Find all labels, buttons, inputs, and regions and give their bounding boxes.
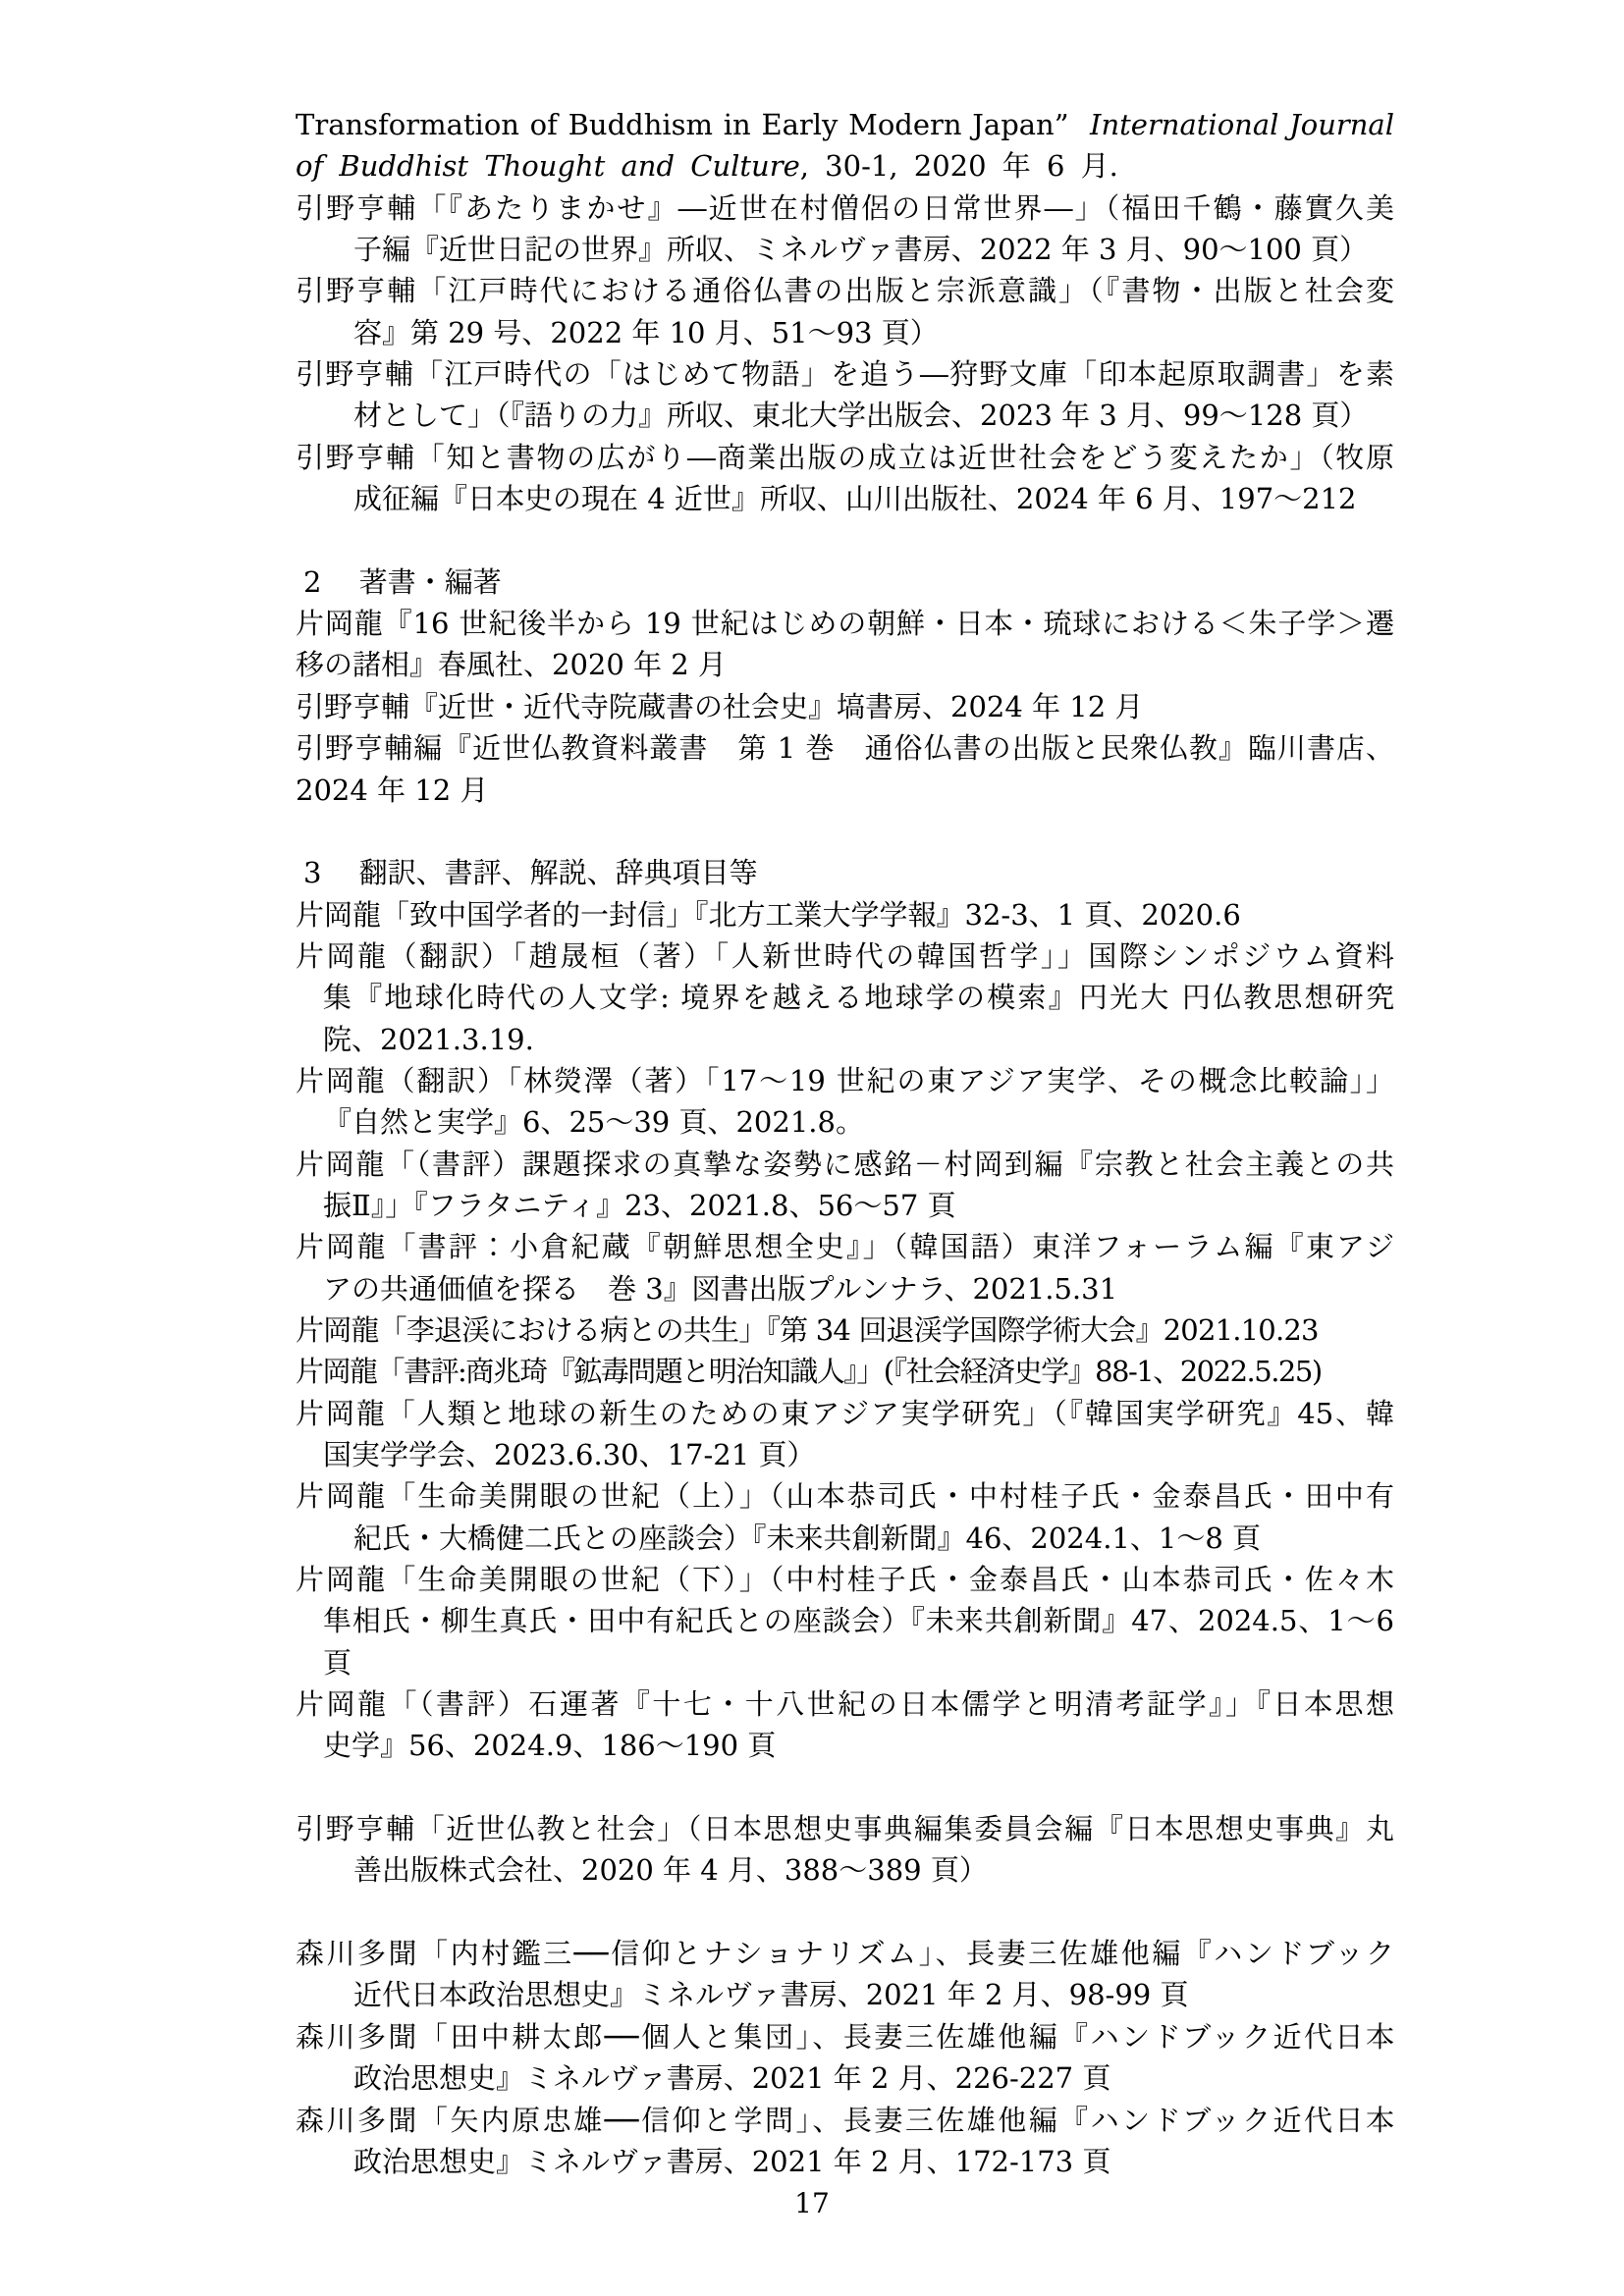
bib-line: 森川多聞「内村鑑三──信仰とナショナリズム」、長妻三佐雄他編『ハンドブック — [296, 1933, 1394, 1974]
bib-line: 片岡龍「致中国学者的一封信」『北方工業大学学報』32-3、1 頁、2020.6 — [296, 894, 1394, 935]
text-run: 片岡龍「生命美開眼の世紀（上）」（山本恭司氏・中村桂子氏・金泰昌氏・田中有 — [296, 1479, 1394, 1513]
bib-line: 引野亨輔「『あたりまかせ』―近世在村僧侶の日常世界―」（福田千鶴・藤實久美 — [296, 187, 1394, 229]
blank-line — [296, 811, 1394, 852]
text-run: 片岡龍「書評:商兆琦『鉱毒問題と明治知識人』」(『社会経済史学』88-1、202… — [296, 1355, 1322, 1388]
bib-line: 片岡龍「生命美開眼の世紀（下）」（中村桂子氏・金泰昌氏・山本恭司氏・佐々木 — [296, 1559, 1394, 1600]
text-run: 引野亨輔『近世・近代寺院蔵書の社会史』塙書房、2024 年 12 月 — [296, 690, 1143, 723]
text-run: 片岡龍「人類と地球の新生のための東アジア実学研究」（『韓国実学研究』45、韓 — [296, 1397, 1394, 1430]
bib-line: 容』第 29 号、2022 年 10 月、51～93 頁） — [296, 312, 1394, 353]
text-run: 史学』56、2024.9、186～190 頁 — [323, 1729, 776, 1762]
text-run: 容』第 29 号、2022 年 10 月、51～93 頁） — [353, 316, 939, 349]
bib-line: 院、2021.3.19. — [296, 1019, 1394, 1060]
text-run: 振Ⅱ』」『フラタニティ』23、2021.8、56～57 頁 — [323, 1189, 956, 1222]
bib-line: 政治思想史』ミネルヴァ書房、2021 年 2 月、226-227 頁 — [296, 2057, 1394, 2099]
document-page: Transformation of Buddhism in Early Mode… — [0, 0, 1624, 2296]
text-run: 国実学学会、2023.6.30、17-21 頁） — [323, 1438, 815, 1471]
text-run: , 30-1, 2020 年 6 月. — [800, 149, 1118, 183]
bib-line: 移の諸相』春風社、2020 年 2 月 — [296, 644, 1394, 685]
bib-line: 集『地球化時代の人文学: 境界を越える地球学の模索』円光大 円仏教思想研究 — [296, 977, 1394, 1018]
text-run: 引野亨輔「近世仏教と社会」（日本思想史事典編集委員会編『日本思想史事典』丸 — [296, 1812, 1394, 1845]
bib-line: 片岡龍「李退渓における病との共生」『第 34 回退渓学国際学術大会』2021.1… — [296, 1309, 1394, 1351]
text-run: 引野亨輔「江戸時代における通俗仏書の出版と宗派意識」（『書物・出版と社会変 — [296, 274, 1394, 307]
text-run: 片岡龍「致中国学者的一封信」『北方工業大学学報』32-3、1 頁、2020.6 — [296, 898, 1241, 932]
blank-line — [296, 1767, 1394, 1808]
bib-line: 振Ⅱ』」『フラタニティ』23、2021.8、56～57 頁 — [296, 1185, 1394, 1226]
text-run: 片岡龍（翻訳）「趙晟桓（著）「人新世時代の韓国哲学」」国際シンポジウム資料 — [296, 939, 1394, 973]
bib-line: 森川多聞「矢内原忠雄──信仰と学問」、長妻三佐雄他編『ハンドブック近代日本 — [296, 2100, 1394, 2141]
text-run: 片岡龍『16 世紀後半から 19 世紀はじめの朝鮮・日本・琉球における＜朱子学＞… — [296, 607, 1394, 640]
text-run: 成征編『日本史の現在 4 近世』所収、山川出版社、2024 年 6 月、197～… — [353, 482, 1357, 519]
text-run: 『自然と実学』6、25～39 頁、2021.8。 — [323, 1105, 864, 1139]
text-run: 集『地球化時代の人文学: 境界を越える地球学の模索』円光大 円仏教思想研究 — [323, 981, 1394, 1014]
text-run: 院、2021.3.19. — [323, 1023, 534, 1056]
bib-line: 『自然と実学』6、25～39 頁、2021.8。 — [296, 1101, 1394, 1143]
text-run: 紀氏・大橋健二氏との座談会）『未来共創新聞』46、2024.1、1～8 頁 — [353, 1522, 1261, 1555]
bib-line: 片岡龍「（書評）課題探求の真摯な姿勢に感銘－村岡到編『宗教と社会主義との共 — [296, 1144, 1394, 1185]
text-run: 引野亨輔編『近世仏教資料叢書 第 1 巻 通俗仏書の出版と民衆仏教』臨川書店、 — [296, 731, 1394, 765]
text-run: 森川多聞「田中耕太郎──個人と集団」、長妻三佐雄他編『ハンドブック近代日本 — [296, 2020, 1394, 2054]
blank-line — [296, 1892, 1394, 1933]
bib-line: 片岡龍「人類と地球の新生のための東アジア実学研究」（『韓国実学研究』45、韓 — [296, 1393, 1394, 1434]
text-run: 隼相氏・柳生真氏・田中有紀氏との座談会）『未来共創新聞』47、2024.5、1～… — [323, 1604, 1394, 1637]
bib-line: アの共通価値を探る 巻 3』図書出版プルンナラ、2021.5.31 — [296, 1268, 1394, 1309]
italic-journal-title: of Buddhist Thought and Culture — [296, 149, 800, 183]
bib-line: 子編『近世日記の世界』所収、ミネルヴァ書房、2022 年 3 月、90～100 … — [296, 229, 1394, 270]
bib-line: 片岡龍「書評：小倉紀蔵『朝鮮思想全史』」（韓国語）東洋フォーラム編『東アジ — [296, 1226, 1394, 1267]
text-run: 片岡龍「生命美開眼の世紀（下）」（中村桂子氏・金泰昌氏・山本恭司氏・佐々木 — [296, 1563, 1394, 1596]
bib-line: 政治思想史』ミネルヴァ書房、2021 年 2 月、172-173 頁 — [296, 2141, 1394, 2182]
text-run: 材として」（『語りの力』所収、東北大学出版会、2023 年 3 月、99～128… — [353, 399, 1368, 432]
text-run: 引野亨輔「知と書物の広がり―商業出版の成立は近世社会をどう変えたか」（牧原 — [296, 441, 1394, 474]
bib-line: 国実学学会、2023.6.30、17-21 頁） — [296, 1434, 1394, 1475]
bib-line: 片岡龍（翻訳）「趙晟桓（著）「人新世時代の韓国哲学」」国際シンポジウム資料 — [296, 935, 1394, 977]
bib-line: 2024 年 12 月 — [296, 770, 1394, 811]
text-run: 善出版株式会社、2020 年 4 月、388～389 頁） — [353, 1853, 988, 1887]
text-run: 森川多聞「内村鑑三──信仰とナショナリズム」、長妻三佐雄他編『ハンドブック — [296, 1937, 1394, 1970]
bib-line: 引野亨輔「江戸時代における通俗仏書の出版と宗派意識」（『書物・出版と社会変 — [296, 270, 1394, 311]
text-run: 片岡龍「（書評）石運著『十七・十八世紀の日本儒学と明清考証学』」『日本思想 — [296, 1687, 1394, 1721]
bib-line: 引野亨輔「近世仏教と社会」（日本思想史事典編集委員会編『日本思想史事典』丸 — [296, 1808, 1394, 1849]
text-run: 近代日本政治思想史』ミネルヴァ書房、2021 年 2 月、98-99 頁 — [353, 1978, 1188, 2011]
text-run: 森川多聞「矢内原忠雄──信仰と学問」、長妻三佐雄他編『ハンドブック近代日本 — [296, 2104, 1394, 2137]
text-run: 政治思想史』ミネルヴァ書房、2021 年 2 月、226-227 頁 — [353, 2061, 1110, 2095]
bib-line: 史学』56、2024.9、186～190 頁 — [296, 1725, 1394, 1766]
bib-line: 材として」（『語りの力』所収、東北大学出版会、2023 年 3 月、99～128… — [296, 395, 1394, 436]
text-run: 片岡龍「李退渓における病との共生」『第 34 回退渓学国際学術大会』2021.1… — [296, 1313, 1319, 1347]
bib-line: 片岡龍「書評:商兆琦『鉱毒問題と明治知識人』」(『社会経済史学』88-1、202… — [296, 1351, 1394, 1392]
bib-line: 頁 — [296, 1642, 1394, 1683]
text-run: 3 翻訳、書評、解説、辞典項目等 — [303, 856, 758, 889]
bib-line: 近代日本政治思想史』ミネルヴァ書房、2021 年 2 月、98-99 頁 — [296, 1974, 1394, 2015]
section-heading: 3 翻訳、書評、解説、辞典項目等 — [296, 852, 1394, 893]
bib-line: 成征編『日本史の現在 4 近世』所収、山川出版社、2024 年 6 月、197～… — [296, 478, 1394, 519]
bib-line: 善出版株式会社、2020 年 4 月、388～389 頁） — [296, 1849, 1394, 1891]
bib-line: 引野亨輔「知と書物の広がり―商業出版の成立は近世社会をどう変えたか」（牧原 — [296, 437, 1394, 478]
bib-line: 片岡龍『16 世紀後半から 19 世紀はじめの朝鮮・日本・琉球における＜朱子学＞… — [296, 603, 1394, 644]
bib-line: 引野亨輔「江戸時代の「はじめて物語」を追う―狩野文庫「印本起原取調書」を素 — [296, 353, 1394, 395]
bib-line: 片岡龍（翻訳）「林熒澤（著）「17～19 世紀の東アジア実学、その概念比較論」」 — [296, 1060, 1394, 1101]
bib-line: 引野亨輔編『近世仏教資料叢書 第 1 巻 通俗仏書の出版と民衆仏教』臨川書店、 — [296, 727, 1394, 769]
text-run: 2024 年 12 月 — [296, 774, 488, 807]
text-run: 片岡龍「書評：小倉紀蔵『朝鮮思想全史』」（韓国語）東洋フォーラム編『東アジ — [296, 1230, 1394, 1263]
bib-line: 片岡龍「生命美開眼の世紀（上）」（山本恭司氏・中村桂子氏・金泰昌氏・田中有 — [296, 1475, 1394, 1517]
bib-line: 隼相氏・柳生真氏・田中有紀氏との座談会）『未来共創新聞』47、2024.5、1～… — [296, 1600, 1394, 1641]
text-run: 片岡龍「（書評）課題探求の真摯な姿勢に感銘－村岡到編『宗教と社会主義との共 — [296, 1148, 1394, 1181]
text-run: 移の諸相』春風社、2020 年 2 月 — [296, 648, 727, 681]
text-run: 2 著書・編著 — [303, 565, 502, 599]
blank-line — [296, 519, 1394, 561]
bib-line: 片岡龍「（書評）石運著『十七・十八世紀の日本儒学と明清考証学』」『日本思想 — [296, 1683, 1394, 1725]
bib-line: Transformation of Buddhism in Early Mode… — [296, 104, 1394, 145]
text-run: Transformation of Buddhism in Early Mode… — [296, 108, 1090, 141]
bib-line: 引野亨輔『近世・近代寺院蔵書の社会史』塙書房、2024 年 12 月 — [296, 686, 1394, 727]
bib-line: 森川多聞「田中耕太郎──個人と集団」、長妻三佐雄他編『ハンドブック近代日本 — [296, 2016, 1394, 2057]
text-run: 引野亨輔「『あたりまかせ』―近世在村僧侶の日常世界―」（福田千鶴・藤實久美 — [296, 191, 1394, 225]
text-run: アの共通価値を探る 巻 3』図書出版プルンナラ、2021.5.31 — [323, 1272, 1117, 1306]
section-heading: 2 著書・編著 — [296, 561, 1394, 603]
text-run: 政治思想史』ミネルヴァ書房、2021 年 2 月、172-173 頁 — [353, 2145, 1110, 2178]
page-number: 17 — [0, 2183, 1624, 2224]
text-run: 頁 — [323, 1646, 352, 1680]
italic-journal-title: International Journal — [1090, 108, 1394, 141]
bib-line: 紀氏・大橋健二氏との座談会）『未来共創新聞』46、2024.1、1～8 頁 — [296, 1518, 1394, 1559]
text-run: 引野亨輔「江戸時代の「はじめて物語」を追う―狩野文庫「印本起原取調書」を素 — [296, 357, 1394, 391]
text-run: 片岡龍（翻訳）「林熒澤（著）「17～19 世紀の東アジア実学、その概念比較論」」 — [296, 1064, 1394, 1097]
text-run: 子編『近世日記の世界』所収、ミネルヴァ書房、2022 年 3 月、90～100 … — [353, 233, 1368, 266]
bib-line: of Buddhist Thought and Culture, 30-1, 2… — [296, 145, 1394, 187]
bibliography-text: Transformation of Buddhism in Early Mode… — [296, 104, 1394, 2182]
